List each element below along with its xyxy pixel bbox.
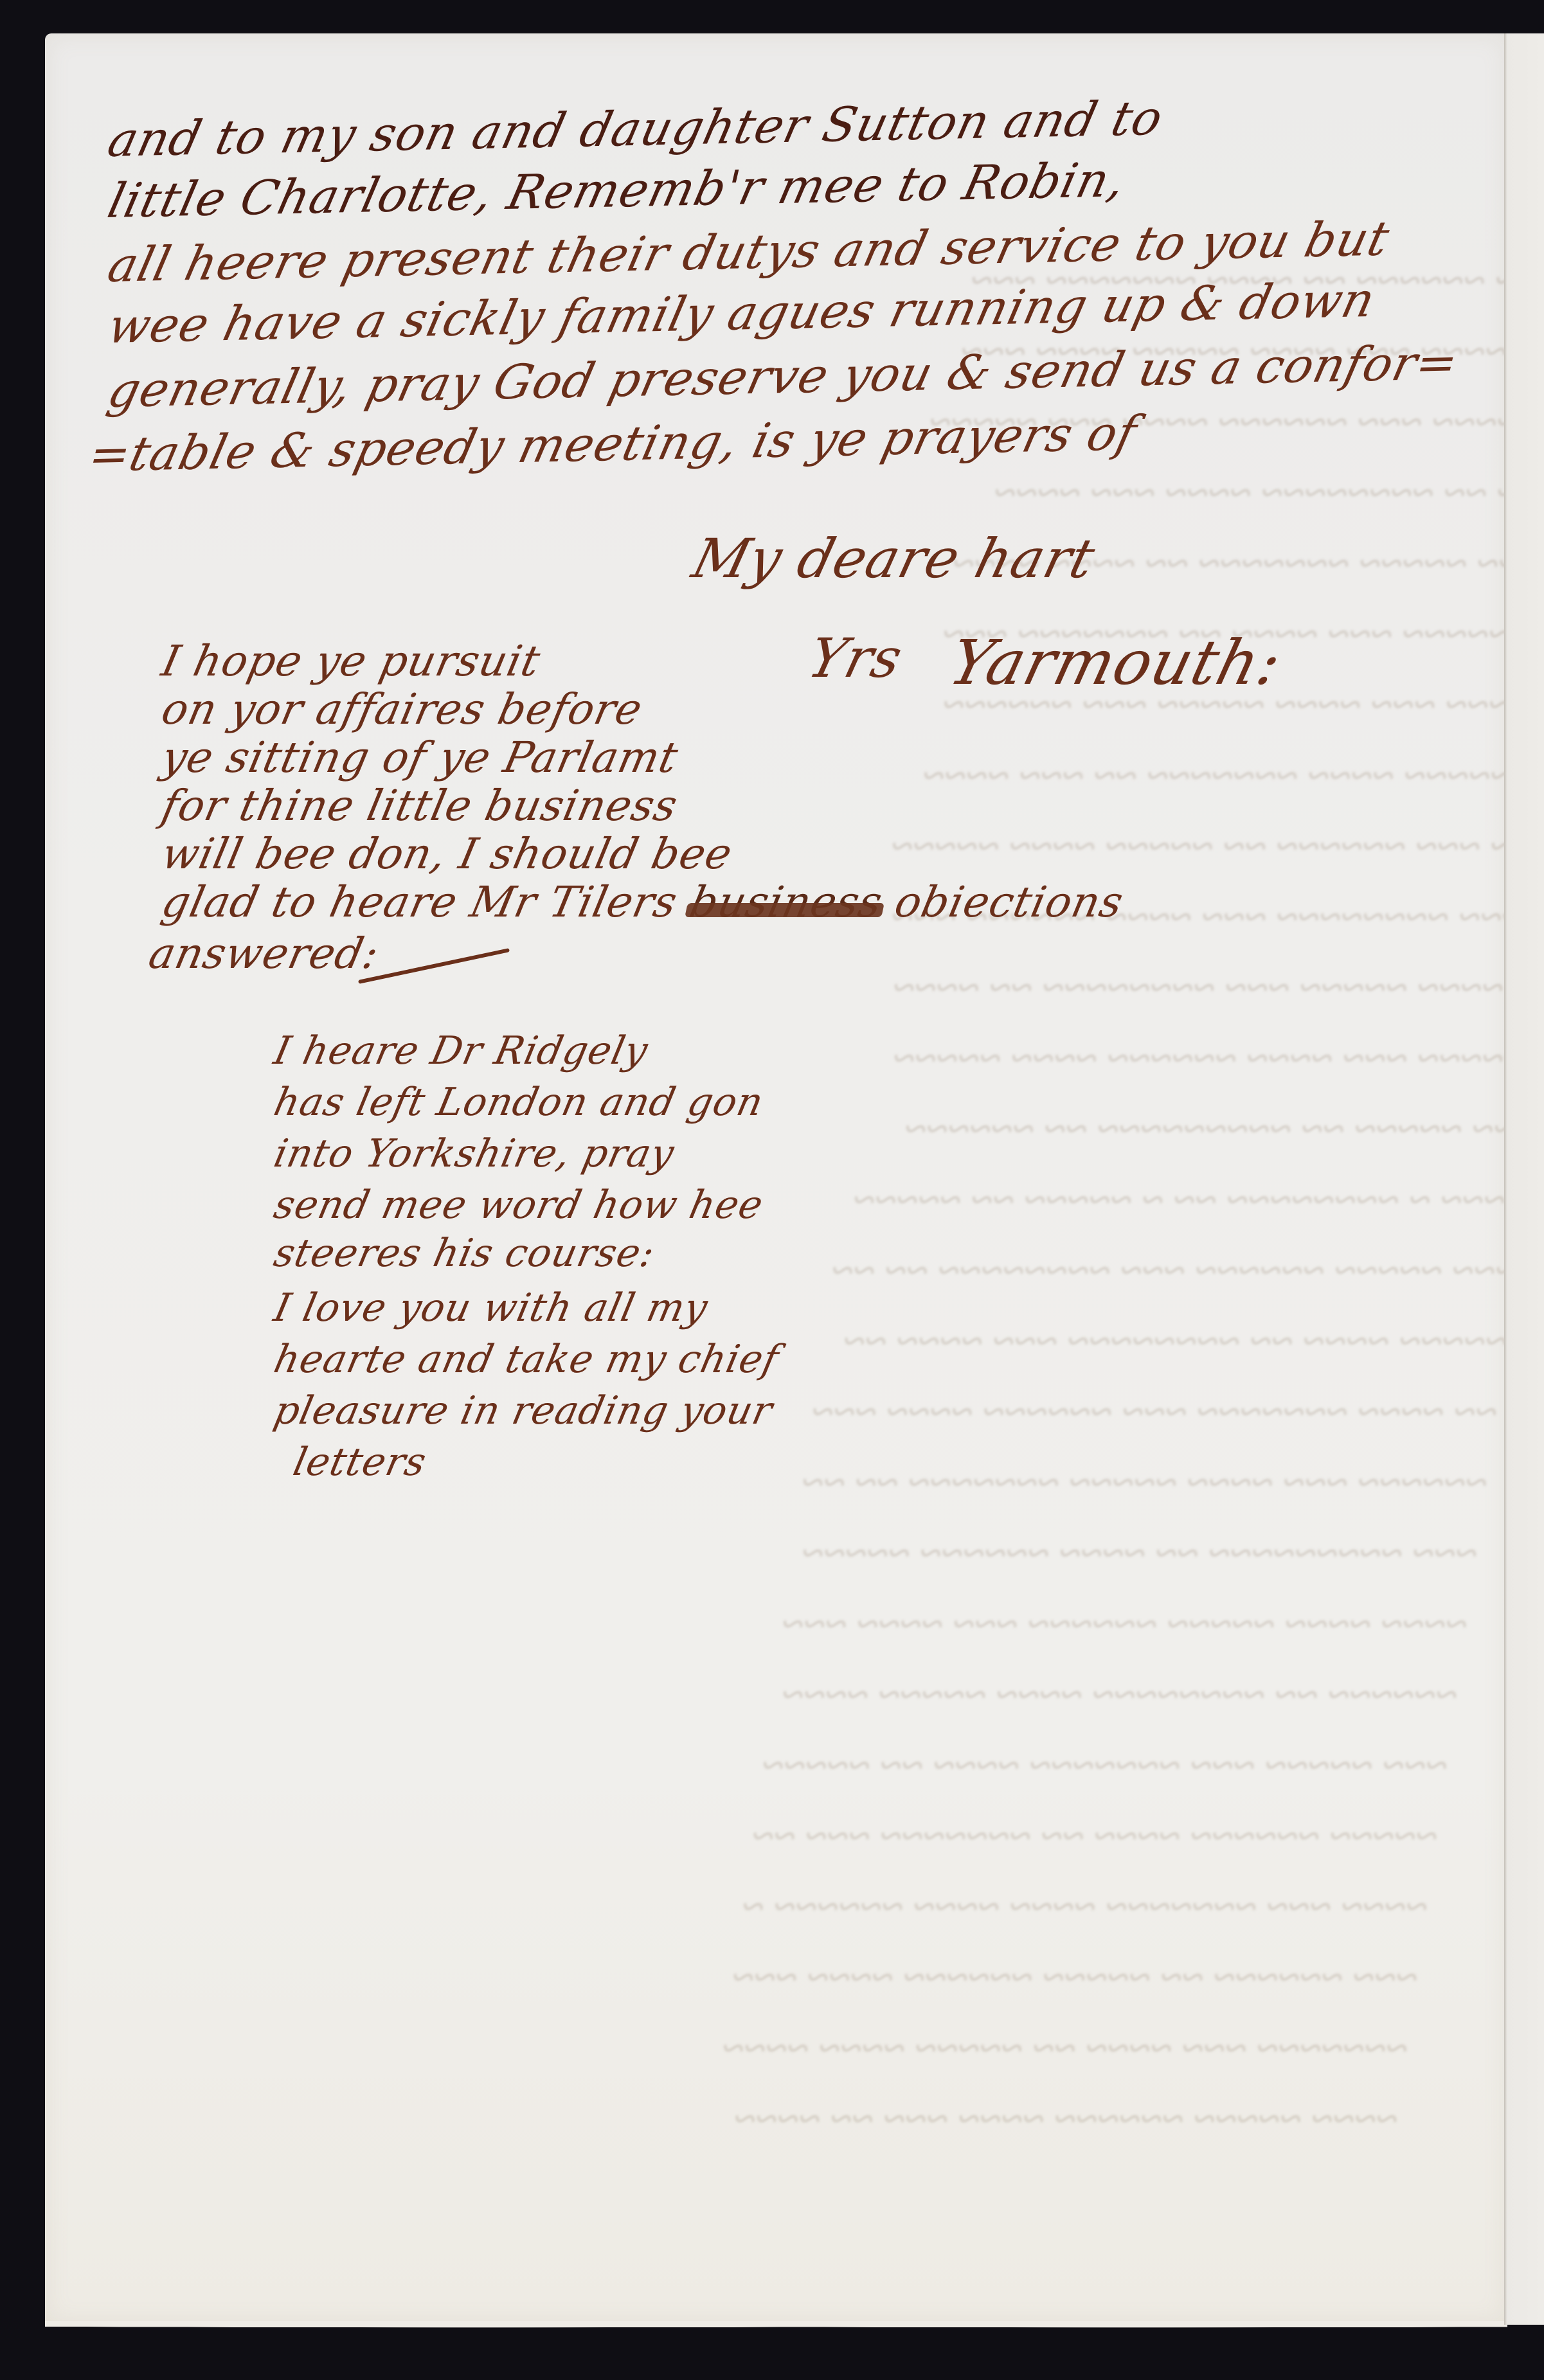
postscript-2-line-6: I love you with all my bbox=[270, 1285, 712, 1330]
postscript-2-line-8: pleasure in reading your bbox=[270, 1388, 776, 1433]
postscript-1-line-3: ye sitting of ye Parlamt bbox=[157, 733, 683, 782]
postscript-2-line-2: has left London and gon bbox=[270, 1080, 768, 1125]
struck-through-word: business bbox=[685, 877, 886, 927]
postscript-1-continuation: obiections bbox=[891, 877, 1128, 927]
postscript-2-line-3: into Yorkshire, pray bbox=[270, 1131, 678, 1176]
postscript-2-line-9: letters bbox=[289, 1440, 431, 1485]
postscript-2-line-7: hearte and take my chief bbox=[270, 1337, 783, 1382]
postscript-1-line-6-text: glad to heare Mr Tilers bbox=[157, 877, 682, 927]
postscript-2-line-1: I heare Dr Ridgely bbox=[270, 1028, 652, 1073]
postscript-1-line-6: glad to heare Mr Tilers business obiecti… bbox=[157, 877, 1128, 927]
salutation-closing: My deare hart bbox=[687, 527, 1102, 590]
signature-prefix: Yrs bbox=[802, 627, 909, 690]
postscript-1-line-2: on yor affaires before bbox=[157, 684, 647, 734]
page-fold-edge bbox=[1504, 33, 1544, 2325]
postscript-1-line-4: for thine little business bbox=[157, 781, 682, 830]
postscript-2-line-4: send mee word how hee bbox=[270, 1183, 768, 1228]
signature: Yarmouth: bbox=[942, 627, 1289, 699]
postscript-1-line-1: I hope ye pursuit bbox=[157, 636, 545, 686]
postscript-2-line-5: steeres his course: bbox=[270, 1231, 659, 1276]
postscript-1-last-line: answered: bbox=[145, 929, 384, 978]
postscript-1-line-5: will bee don, I should bee bbox=[157, 829, 737, 879]
